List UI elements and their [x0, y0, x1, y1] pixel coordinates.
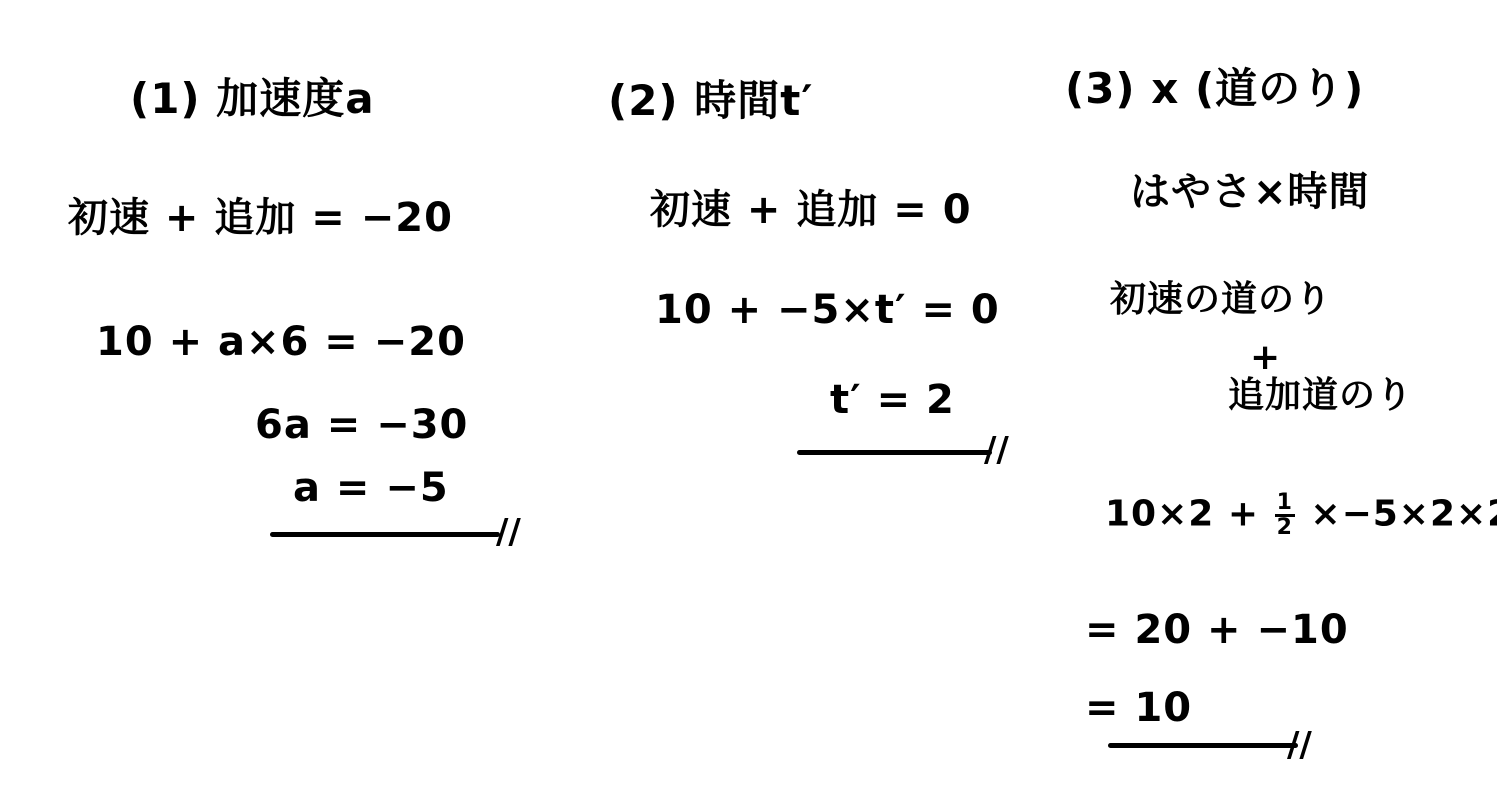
problem-3-sum-line: = 20 + −10 — [1085, 610, 1349, 650]
problem-2-line-3: t′ = 2 — [830, 380, 955, 420]
problem-3-calc-line: 10×2 + 1 2 ×−5×2×2 — [1105, 492, 1497, 539]
problem-3-answer-mark: // — [1287, 728, 1312, 762]
fraction-numerator: 1 — [1275, 492, 1295, 517]
problem-3-plus: + — [1250, 340, 1281, 376]
problem-3-initial-distance: 初速の道のり — [1110, 282, 1332, 318]
problem-2-answer-underline — [797, 450, 992, 455]
problem-3-result-line: = 10 — [1085, 688, 1192, 728]
handwritten-solution-page: (1) 加速度a 初速 + 追加 = −20 10 + a×6 = −20 6a… — [0, 0, 1497, 807]
problem-2-line-1: 初速 + 追加 = 0 — [650, 190, 972, 230]
problem-3-title: (3) x (道のり) — [1065, 68, 1364, 110]
problem-3-added-distance: 追加道のり — [1228, 378, 1413, 414]
problem-1-line-3: 6a = −30 — [255, 405, 468, 445]
problem-2-line-2: 10 + −5×t′ = 0 — [655, 290, 1000, 330]
problem-1-title: (1) 加速度a — [130, 78, 375, 120]
problem-3-answer-underline — [1108, 743, 1298, 748]
fraction-denominator: 2 — [1275, 517, 1295, 539]
problem-1-line-2: 10 + a×6 = −20 — [96, 322, 466, 362]
problem-1-line-4: a = −5 — [293, 468, 449, 508]
problem-1-answer-mark: // — [496, 515, 521, 549]
problem-3-calc-right: ×−5×2×2 — [1310, 494, 1497, 535]
problem-1-line-1: 初速 + 追加 = −20 — [68, 198, 453, 238]
problem-2-title: (2) 時間t′ — [608, 80, 813, 122]
problem-3-calc-left: 10×2 + — [1105, 494, 1259, 535]
problem-2-answer-mark: // — [984, 433, 1009, 467]
one-half-fraction: 1 2 — [1275, 492, 1295, 539]
problem-1-answer-underline — [270, 532, 500, 537]
problem-3-formula-label: はやさ×時間 — [1130, 172, 1370, 212]
